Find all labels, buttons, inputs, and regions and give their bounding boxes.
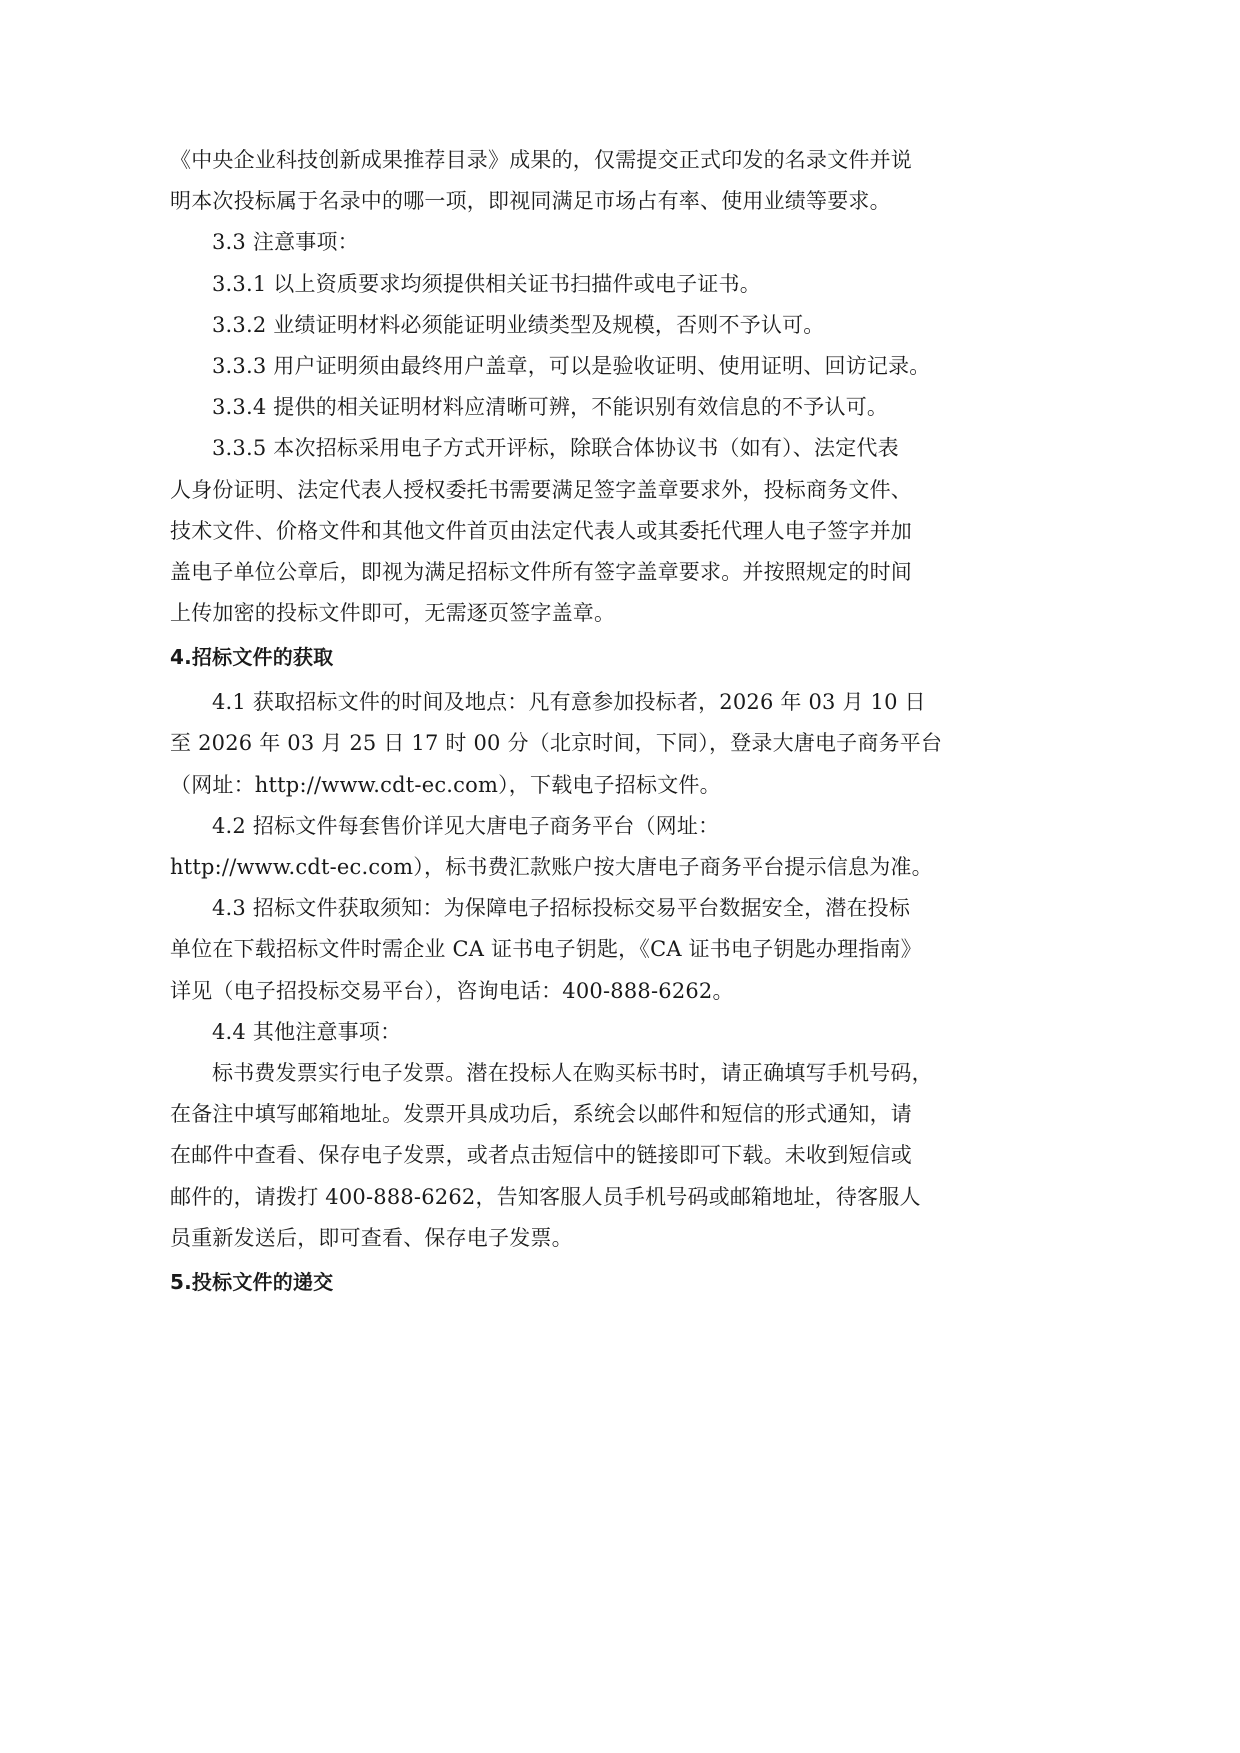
paragraph-line: 单位在下载招标文件时需企业 CA 证书电子钥匙，《CA 证书电子钥匙办理指南》 bbox=[170, 929, 1070, 970]
item-3-3-3: 3.3.3 用户证明须由最终用户盖章，可以是验收证明、使用证明、回访记录。 bbox=[170, 346, 1070, 387]
paragraph-line: 在备注中填写邮箱地址。发票开具成功后，系统会以邮件和短信的形式通知，请 bbox=[170, 1094, 1070, 1135]
paragraph-line: （网址：http://www.cdt-ec.com），下载电子招标文件。 bbox=[170, 765, 1070, 806]
paragraph-line: 明本次投标属于名录中的哪一项，即视同满足市场占有率、使用业绩等要求。 bbox=[170, 181, 1070, 222]
paragraph-line: http://www.cdt-ec.com），标书费汇款账户按大唐电子商务平台提… bbox=[170, 847, 1070, 888]
paragraph-line: 详见（电子招投标交易平台），咨询电话：400-888-6262。 bbox=[170, 971, 1070, 1012]
item-4-2: 4.2 招标文件每套售价详见大唐电子商务平台（网址： bbox=[170, 806, 1070, 847]
paragraph-line: 标书费发票实行电子发票。潜在投标人在购买标书时，请正确填写手机号码， bbox=[170, 1053, 1070, 1094]
paragraph-line: 员重新发送后，即可查看、保存电子发票。 bbox=[170, 1218, 1070, 1259]
paragraph-line: 在邮件中查看、保存电子发票，或者点击短信中的链接即可下载。未收到短信或 bbox=[170, 1135, 1070, 1176]
paragraph-line: 盖电子单位公章后，即视为满足招标文件所有签字盖章要求。并按照规定的时间 bbox=[170, 552, 1070, 593]
item-3-3-4: 3.3.4 提供的相关证明材料应清晰可辨，不能识别有效信息的不予认可。 bbox=[170, 387, 1070, 428]
paragraph-line: 《中央企业科技创新成果推荐目录》成果的，仅需提交正式印发的名录文件并说 bbox=[170, 140, 1070, 181]
item-3-3-2: 3.3.2 业绩证明材料必须能证明业绩类型及规模，否则不予认可。 bbox=[170, 305, 1070, 346]
item-4-4: 4.4 其他注意事项： bbox=[170, 1012, 1070, 1053]
section-4-heading: 4.招标文件的获取 bbox=[170, 634, 1070, 680]
paragraph-line: 至 2026 年 03 月 25 日 17 时 00 分（北京时间，下同），登录… bbox=[170, 723, 1070, 764]
paragraph-line: 人身份证明、法定代表人授权委托书需要满足签字盖章要求外，投标商务文件、 bbox=[170, 470, 1070, 511]
paragraph-line: 邮件的，请拨打 400-888-6262，告知客服人员手机号码或邮箱地址，待客服… bbox=[170, 1177, 1070, 1218]
item-4-3: 4.3 招标文件获取须知：为保障电子招标投标交易平台数据安全，潜在投标 bbox=[170, 888, 1070, 929]
document-page: 《中央企业科技创新成果推荐目录》成果的，仅需提交正式印发的名录文件并说 明本次投… bbox=[170, 140, 1070, 1305]
subsection-3-3-title: 3.3 注意事项： bbox=[170, 222, 1070, 263]
item-3-3-1: 3.3.1 以上资质要求均须提供相关证书扫描件或电子证书。 bbox=[170, 264, 1070, 305]
paragraph-line: 上传加密的投标文件即可，无需逐页签字盖章。 bbox=[170, 593, 1070, 634]
item-4-1: 4.1 获取招标文件的时间及地点：凡有意参加投标者，2026 年 03 月 10… bbox=[170, 682, 1070, 723]
paragraph-line: 技术文件、价格文件和其他文件首页由法定代表人或其委托代理人电子签字并加 bbox=[170, 511, 1070, 552]
item-3-3-5: 3.3.5 本次招标采用电子方式开评标，除联合体协议书（如有）、法定代表 bbox=[170, 428, 1070, 469]
section-5-heading: 5.投标文件的递交 bbox=[170, 1259, 1070, 1305]
